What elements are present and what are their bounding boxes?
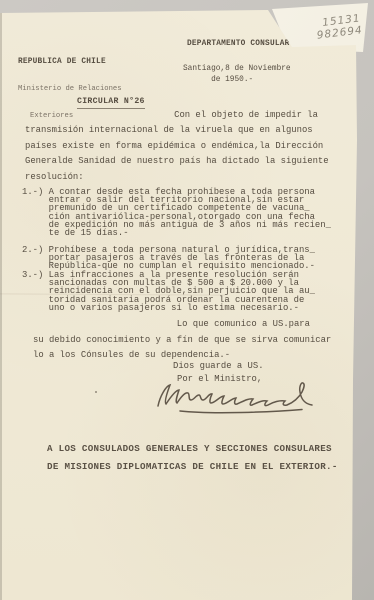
letterhead-ministry-line1: Ministerio de Relaciones xyxy=(18,85,122,94)
dateline: Santiago,8 de Noviembre de 1950.- xyxy=(183,64,291,86)
resolution-item-3: 3.-) Las infracciones a la presente reso… xyxy=(22,271,315,312)
resolution-item-1: 1.-) A contar desde esta fecha prohíbese… xyxy=(22,188,331,237)
addressee-block: A LOS CONSULADOS GENERALES Y SECCIONES C… xyxy=(47,440,338,475)
department-heading: DEPARTAMENTO CONSULAR xyxy=(187,40,289,48)
letter-paper: REPUBLICA DE CHILE Ministerio de Relacio… xyxy=(0,0,374,600)
resolution-item-2: 2.-) Prohíbese a toda persona natural o … xyxy=(22,246,315,271)
intro-paragraph: Con el objeto de impedir la transmisión … xyxy=(25,108,329,185)
paper-left-edge-shadow xyxy=(0,0,2,600)
handwritten-signature xyxy=(152,378,322,418)
letterhead-country: REPUBLICA DE CHILE xyxy=(18,58,122,67)
valediction: Dios guarde a US. xyxy=(173,361,264,371)
closing-paragraph: Lo que comunico a US.para su debido cono… xyxy=(33,317,331,364)
scanned-document: REPUBLICA DE CHILE Ministerio de Relacio… xyxy=(0,0,374,600)
stray-ink-mark xyxy=(95,391,97,393)
circular-title: CIRCULAR N°26 xyxy=(77,97,145,109)
